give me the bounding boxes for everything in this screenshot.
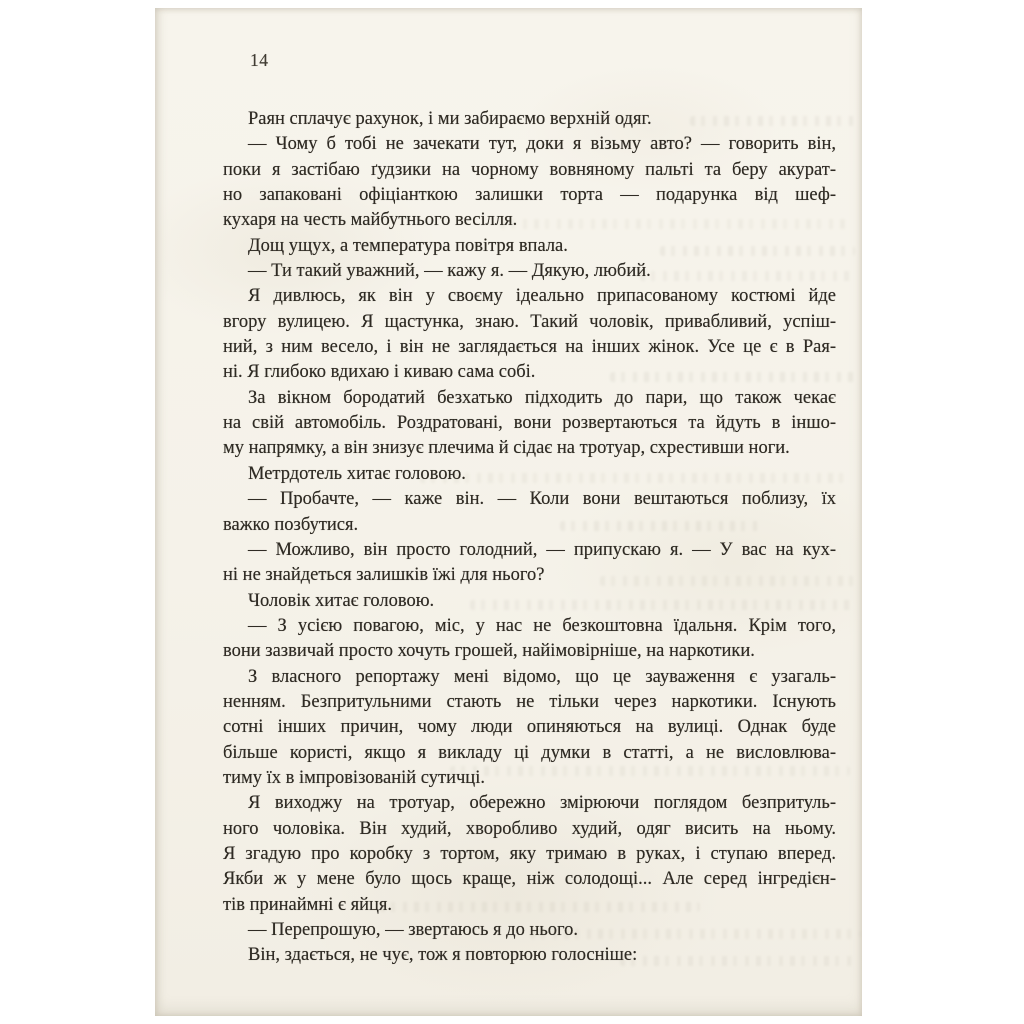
- paragraph: З власного репортажу мені відомо, що це …: [223, 665, 836, 792]
- text-line: на свій автомобіль. Роздратовані, вони р…: [223, 411, 836, 436]
- text-line: ні. Я глибоко вдихаю і киваю сама собі.: [223, 360, 836, 385]
- paragraph: — З усією повагою, міс, у нас не безкошт…: [223, 614, 836, 665]
- paragraph: — Пробачте, — каже він. — Коли вони вешт…: [223, 487, 836, 538]
- text-line: тів принаймні є яйця.: [223, 893, 836, 918]
- text-line: — Ти такий уважний, — кажу я. — Дякую, л…: [223, 259, 836, 284]
- paragraph: — Можливо, він просто голодний, — припус…: [223, 538, 836, 589]
- paragraph: — Ти такий уважний, — кажу я. — Дякую, л…: [223, 259, 836, 284]
- text-line: Метрдотель хитає головою.: [223, 462, 836, 487]
- text-line: — Пробачте, — каже він. — Коли вони вешт…: [223, 487, 836, 512]
- text-line: — Чому б тобі не зачекати тут, доки я ві…: [223, 132, 836, 157]
- text-line: ний, з ним весело, і він не заглядається…: [223, 335, 836, 360]
- paragraph: Чоловік хитає головою.: [223, 589, 836, 614]
- text-line: поки я застібаю ґудзики на чорному вовня…: [223, 158, 836, 183]
- text-line: Я виходжу на тротуар, обережно змірюючи …: [223, 791, 836, 816]
- paragraph: Метрдотель хитає головою.: [223, 462, 836, 487]
- text-line: З власного репортажу мені відомо, що це …: [223, 665, 836, 690]
- book-page: 14 Раян сплачує рахунок, і ми забираємо …: [155, 8, 862, 1016]
- text-line: — Перепрошую, — звертаюсь я до нього.: [223, 918, 836, 943]
- text-line: Дощ ущух, а температура повітря впала.: [223, 234, 836, 259]
- text-line: ненням. Безпритульними стають не тільки …: [223, 690, 836, 715]
- paragraph: За вікном бородатий безхатько підходить …: [223, 386, 836, 462]
- text-line: — З усією повагою, міс, у нас не безкошт…: [223, 614, 836, 639]
- text-block: Раян сплачує рахунок, і ми забираємо вер…: [223, 107, 836, 969]
- page-number: 14: [250, 50, 269, 71]
- text-line: — Можливо, він просто голодний, — припус…: [223, 538, 836, 563]
- text-line: кухаря на честь майбутнього весілля.: [223, 208, 836, 233]
- paragraph: Він, здається, не чує, тож я повторюю го…: [223, 943, 836, 968]
- text-line: Якби ж у мене було щось краще, ніж солод…: [223, 867, 836, 892]
- text-line: Чоловік хитає головою.: [223, 589, 836, 614]
- paragraph: Я виходжу на тротуар, обережно змірюючи …: [223, 791, 836, 918]
- text-line: вгору вулицею. Я щастунка, знаю. Такий ч…: [223, 310, 836, 335]
- text-line: Я згадую про коробку з тортом, яку трима…: [223, 842, 836, 867]
- paragraph: Раян сплачує рахунок, і ми забираємо вер…: [223, 107, 836, 132]
- text-line: ного чоловіка. Він худий, хворобливо худ…: [223, 817, 836, 842]
- text-line: важко позбутися.: [223, 513, 836, 538]
- text-line: но запаковані офіціанткою залишки торта …: [223, 183, 836, 208]
- text-line: тиму їх в імпровізованій сутичці.: [223, 766, 836, 791]
- text-line: За вікном бородатий безхатько підходить …: [223, 386, 836, 411]
- text-line: сотні інших причин, чому люди опиняються…: [223, 715, 836, 740]
- text-line: Раян сплачує рахунок, і ми забираємо вер…: [223, 107, 836, 132]
- scan-background: 14 Раян сплачує рахунок, і ми забираємо …: [0, 0, 1024, 1024]
- text-line: Я дивлюсь, як він у своєму ідеально прип…: [223, 284, 836, 309]
- text-line: му напрямку, а він знизує плечима й сіда…: [223, 436, 836, 461]
- paragraph: Я дивлюсь, як він у своєму ідеально прип…: [223, 284, 836, 385]
- paragraph: — Чому б тобі не зачекати тут, доки я ві…: [223, 132, 836, 233]
- paragraph: Дощ ущух, а температура повітря впала.: [223, 234, 836, 259]
- text-line: більше користі, якщо я викладу ці думки …: [223, 741, 836, 766]
- text-line: вони зазвичай просто хочуть грошей, найі…: [223, 639, 836, 664]
- text-line: Він, здається, не чує, тож я повторюю го…: [223, 943, 836, 968]
- text-line: ні не знайдеться залишків їжі для нього?: [223, 563, 836, 588]
- paragraph: — Перепрошую, — звертаюсь я до нього.: [223, 918, 836, 943]
